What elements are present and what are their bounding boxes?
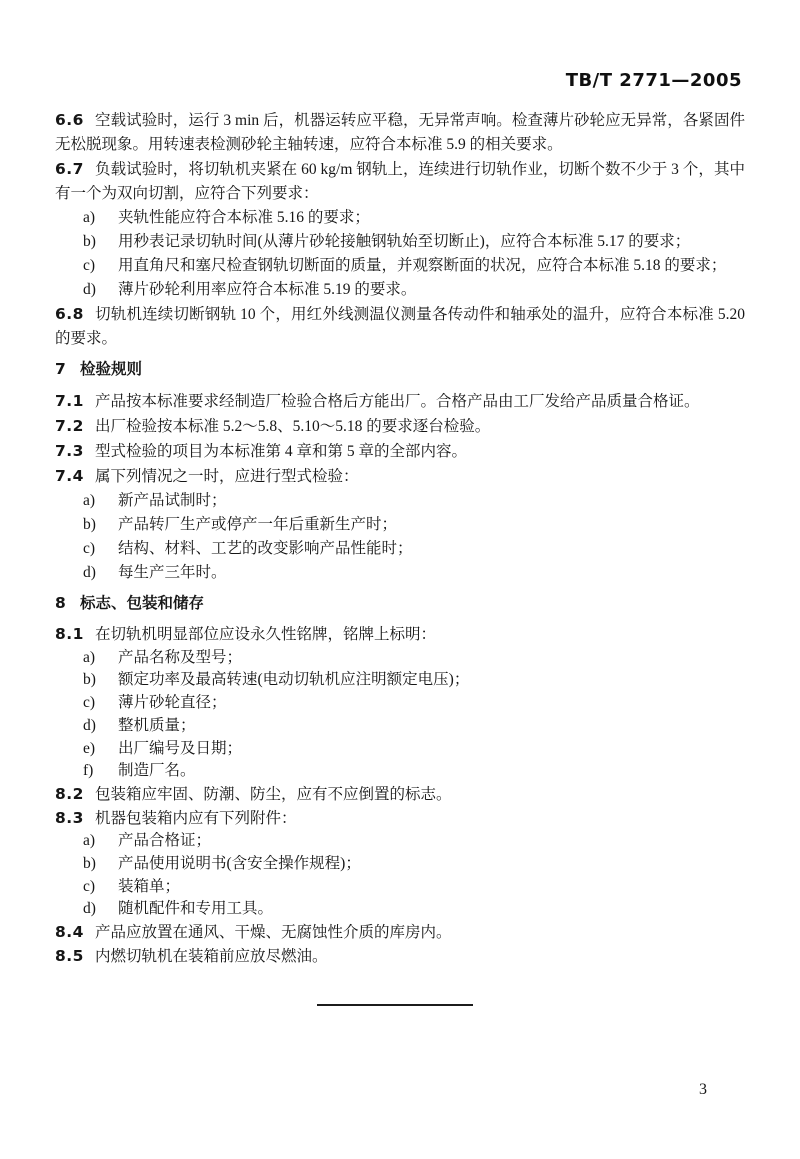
list-item-7-4-c: c)结构、材料、工艺的改变影响产品性能时； <box>55 537 745 561</box>
clause-text: 型式检验的项目为本标准第 4 章和第 5 章的全部内容。 <box>95 443 467 460</box>
item-text: 用秒表记录切轨时间(从薄片砂轮接触钢轨始至切断止)，应符合本标准 5.17 的要… <box>118 233 690 250</box>
document-content: 6.6空载试验时，运行 3 min 后，机器运转应平稳，无异常声响。检查薄片砂轮… <box>55 108 745 969</box>
clause-8-5: 8.5内燃切轨机在装箱前应放尽燃油。 <box>55 945 745 969</box>
section-title: 标志、包装和储存 <box>80 594 204 612</box>
section-heading-8: 8标志、包装和储存 <box>55 591 745 615</box>
list-item-6-7-b: b)用秒表记录切轨时间(从薄片砂轮接触钢轨始至切断止)，应符合本标准 5.17 … <box>55 230 745 254</box>
item-marker: b) <box>83 230 118 254</box>
item-text: 产品转厂生产或停产一年后重新生产时； <box>118 516 397 533</box>
clause-text: 包装箱应牢固、防潮、防尘，应有不应倒置的标志。 <box>95 786 452 803</box>
section-number: 8 <box>55 591 80 615</box>
item-marker: d) <box>83 898 118 921</box>
list-item-8-1-e: e)出厂编号及日期； <box>55 738 745 761</box>
list-item-8-1-d: d)整机质量； <box>55 715 745 738</box>
item-text: 装箱单； <box>118 878 180 895</box>
list-item-8-3-b: b)产品使用说明书(含安全操作规程)； <box>55 853 745 876</box>
section-title: 检验规则 <box>80 360 142 378</box>
clause-number: 7.2 <box>55 414 95 438</box>
clause-7-1: 7.1产品按本标准要求经制造厂检验合格后方能出厂。合格产品由工厂发给产品质量合格… <box>55 389 745 414</box>
list-item-6-7-c: c)用直角尺和塞尺检查钢轨切断面的质量，并观察断面的状况，应符合本标准 5.18… <box>55 254 745 278</box>
item-marker: c) <box>83 537 118 561</box>
item-text: 结构、材料、工艺的改变影响产品性能时； <box>118 540 413 557</box>
clause-8-4: 8.4产品应放置在通风、干燥、无腐蚀性介质的库房内。 <box>55 921 745 945</box>
item-text: 整机质量； <box>118 717 196 734</box>
clause-8-3: 8.3机器包装箱内应有下列附件： <box>55 807 745 831</box>
clause-number: 8.3 <box>55 807 95 830</box>
document-page: TB/T 2771—2005 6.6空载试验时，运行 3 min 后，机器运转应… <box>0 0 800 1159</box>
list-item-6-7-a: a)夹轨性能应符合本标准 5.16 的要求； <box>55 206 745 230</box>
item-text: 用直角尺和塞尺检查钢轨切断面的质量，并观察断面的状况，应符合本标准 5.18 的… <box>118 257 726 274</box>
list-item-8-1-c: c)薄片砂轮直径； <box>55 692 745 715</box>
clause-number: 7.1 <box>55 389 95 413</box>
clause-number: 8.5 <box>55 945 95 968</box>
item-marker: c) <box>83 254 118 278</box>
section-heading-7: 7检验规则 <box>55 357 745 381</box>
list-item-6-7-d: d)薄片砂轮利用率应符合本标准 5.19 的要求。 <box>55 278 745 302</box>
list-item-7-4-d: d)每生产三年时。 <box>55 561 745 585</box>
item-text: 产品合格证； <box>118 832 211 849</box>
clause-text: 出厂检验按本标准 5.2～5.8、5.10～5.18 的要求逐台检验。 <box>95 418 490 435</box>
clause-7-3: 7.3型式检验的项目为本标准第 4 章和第 5 章的全部内容。 <box>55 439 745 464</box>
item-text: 随机配件和专用工具。 <box>118 900 273 917</box>
item-marker: d) <box>83 278 118 302</box>
section-number: 7 <box>55 357 80 381</box>
list-item-8-1-b: b)额定功率及最高转速(电动切轨机应注明额定电压)； <box>55 669 745 692</box>
item-marker: b) <box>83 669 118 692</box>
item-text: 制造厂名。 <box>118 762 196 779</box>
item-marker: a) <box>83 830 118 853</box>
list-item-8-3-d: d)随机配件和专用工具。 <box>55 898 745 921</box>
list-item-7-4-a: a)新产品试制时； <box>55 489 745 513</box>
clause-7-2: 7.2出厂检验按本标准 5.2～5.8、5.10～5.18 的要求逐台检验。 <box>55 414 745 439</box>
item-text: 产品使用说明书(含安全操作规程)； <box>118 855 361 872</box>
clause-number: 6.6 <box>55 108 95 132</box>
item-text: 薄片砂轮利用率应符合本标准 5.19 的要求。 <box>118 281 416 298</box>
clause-6-6: 6.6空载试验时，运行 3 min 后，机器运转应平稳，无异常声响。检查薄片砂轮… <box>55 108 745 157</box>
clause-text: 空载试验时，运行 3 min 后，机器运转应平稳，无异常声响。检查薄片砂轮应无异… <box>55 112 745 153</box>
list-item-8-1-f: f)制造厂名。 <box>55 760 745 783</box>
standard-number: TB/T 2771—2005 <box>566 70 742 91</box>
item-marker: a) <box>83 206 118 230</box>
clause-number: 6.8 <box>55 302 95 326</box>
item-marker: e) <box>83 738 118 761</box>
clause-8-1: 8.1在切轨机明显部位应设永久性铭牌，铭牌上标明： <box>55 623 745 647</box>
item-text: 薄片砂轮直径； <box>118 694 227 711</box>
clause-number: 7.3 <box>55 439 95 463</box>
item-marker: b) <box>83 513 118 537</box>
clause-text: 内燃切轨机在装箱前应放尽燃油。 <box>95 948 328 965</box>
item-marker: d) <box>83 561 118 585</box>
clause-number: 8.1 <box>55 623 95 646</box>
end-of-text-rule <box>317 1004 473 1006</box>
item-text: 产品名称及型号； <box>118 649 242 666</box>
item-marker: b) <box>83 853 118 876</box>
clause-number: 7.4 <box>55 464 95 488</box>
section-8-body: 8.1在切轨机明显部位应设永久性铭牌，铭牌上标明： a)产品名称及型号； b)额… <box>55 623 745 969</box>
clause-number: 8.4 <box>55 921 95 944</box>
clause-text: 产品应放置在通风、干燥、无腐蚀性介质的库房内。 <box>95 924 452 941</box>
item-text: 额定功率及最高转速(电动切轨机应注明额定电压)； <box>118 671 469 688</box>
clause-6-7: 6.7负载试验时，将切轨机夹紧在 60 kg/m 钢轨上，连续进行切轨作业，切断… <box>55 157 745 206</box>
item-text: 每生产三年时。 <box>118 564 227 581</box>
clause-number: 6.7 <box>55 157 95 181</box>
item-text: 新产品试制时； <box>118 492 227 509</box>
item-marker: a) <box>83 647 118 670</box>
list-item-8-1-a: a)产品名称及型号； <box>55 647 745 670</box>
item-text: 夹轨性能应符合本标准 5.16 的要求； <box>118 209 370 226</box>
page-number: 3 <box>699 1081 707 1099</box>
list-item-7-4-b: b)产品转厂生产或停产一年后重新生产时； <box>55 513 745 537</box>
item-marker: f) <box>83 760 118 783</box>
item-marker: c) <box>83 692 118 715</box>
clause-text: 属下列情况之一时，应进行型式检验： <box>95 468 359 485</box>
item-text: 出厂编号及日期； <box>118 740 242 757</box>
list-item-8-3-a: a)产品合格证； <box>55 830 745 853</box>
clause-text: 在切轨机明显部位应设永久性铭牌，铭牌上标明： <box>95 626 436 643</box>
clause-text: 负载试验时，将切轨机夹紧在 60 kg/m 钢轨上，连续进行切轨作业，切断个数不… <box>55 161 745 202</box>
clause-text: 产品按本标准要求经制造厂检验合格后方能出厂。合格产品由工厂发给产品质量合格证。 <box>95 393 700 410</box>
list-item-8-3-c: c)装箱单； <box>55 876 745 899</box>
clause-6-8: 6.8切轨机连续切断钢轨 10 个，用红外线测温仪测量各传动件和轴承处的温升，应… <box>55 302 745 351</box>
clause-number: 8.2 <box>55 783 95 806</box>
section-7-body: 7.1产品按本标准要求经制造厂检验合格后方能出厂。合格产品由工厂发给产品质量合格… <box>55 389 745 585</box>
item-marker: c) <box>83 876 118 899</box>
item-marker: a) <box>83 489 118 513</box>
item-marker: d) <box>83 715 118 738</box>
clause-text: 切轨机连续切断钢轨 10 个，用红外线测温仪测量各传动件和轴承处的温升，应符合本… <box>55 306 745 347</box>
section-6-body: 6.6空载试验时，运行 3 min 后，机器运转应平稳，无异常声响。检查薄片砂轮… <box>55 108 745 351</box>
clause-7-4: 7.4属下列情况之一时，应进行型式检验： <box>55 464 745 489</box>
clause-text: 机器包装箱内应有下列附件： <box>95 810 297 827</box>
clause-8-2: 8.2包装箱应牢固、防潮、防尘，应有不应倒置的标志。 <box>55 783 745 807</box>
